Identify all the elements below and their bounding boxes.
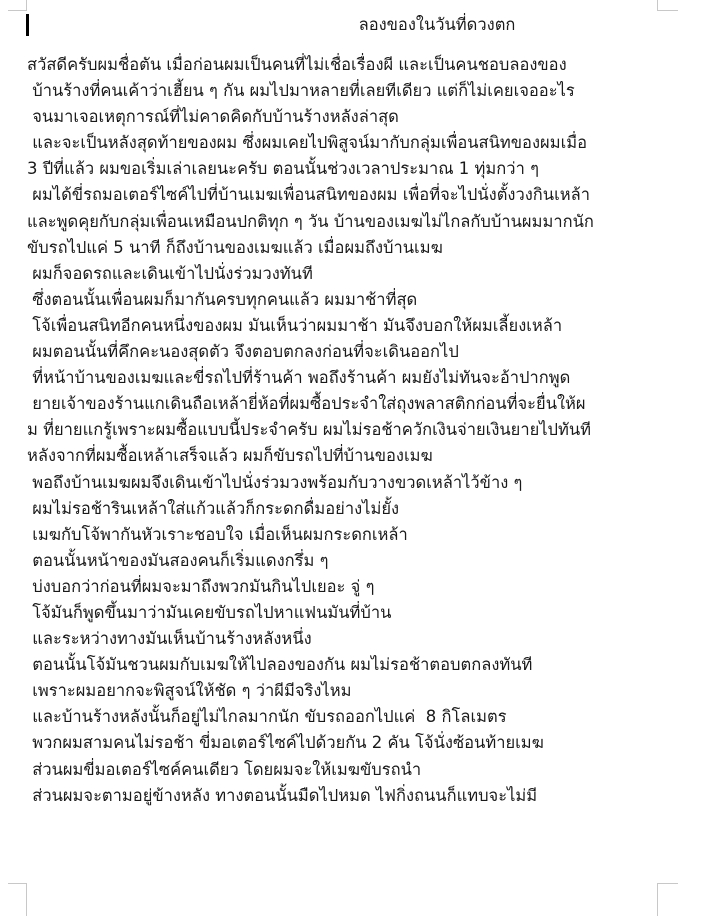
text-line: ส่วนผมจะตามอยู่ข้างหลัง ทางตอนนั้นมืดไปห…	[27, 783, 667, 809]
margin-corner-top-right	[657, 0, 678, 11]
text-line: ส่วนผมขี่มอเตอร์ไซค์คนเดียว โดยผมจะให้เม…	[27, 757, 667, 783]
text-line: และบ้านร้างหลังนั้นก็อยู่ไม่ไกลมากนัก ขั…	[27, 704, 667, 730]
document-body[interactable]: สวัสดีครับผมชื่อตัน เมื่อก่อนผมเป็นคนที่…	[27, 52, 667, 809]
text-line: เพราะผมอยากจะพิสูจน์ให้ชัด ๆ ว่าผีมีจริง…	[27, 678, 667, 704]
text-line: เมฆกับโจ้พากันหัวเราะชอบใจ เมื่อเห็นผมกร…	[27, 522, 667, 548]
text-line: หลังจากที่ผมซื้อเหล้าเสร็จแล้ว ผมก็ขับรถ…	[27, 443, 667, 469]
text-line: ที่หน้าบ้านของเมฆและขี่รถไปที่ร้านค้า พอ…	[27, 365, 667, 391]
text-line: ตอนนั้นโจ้มันชวนผมกับเมฆให้ไปลองของกัน ผ…	[27, 652, 667, 678]
margin-corner-bottom-right	[657, 883, 678, 916]
margin-corner-top-left	[8, 0, 27, 11]
text-line: ผมตอนนั้นที่คึกคะนองสุดตัว จึงตอบตกลงก่อ…	[27, 339, 667, 365]
text-line: ขับรถไปแค่ 5 นาที ก็ถึงบ้านของเมฆแล้ว เม…	[27, 235, 667, 261]
text-line: พวกผมสามคนไม่รอช้า ขี่มอเตอร์ไซค์ไปด้วยก…	[27, 730, 667, 756]
text-line: และพูดคุยกับกลุ่มเพื่อนเหมือนปกติทุก ๆ ว…	[27, 209, 667, 235]
text-line: จนมาเจอเหตุการณ์ที่ไม่คาดคิดกับบ้านร้างห…	[27, 104, 667, 130]
text-line: โจ้มันก็พูดขึ้นมาว่ามันเคยขับรถไปหาแฟนมั…	[27, 600, 667, 626]
text-line: ผมไม่รอช้ารินเหล้าใส่แก้วแล้วก็กระดกดื่ม…	[27, 496, 667, 522]
text-line: และระหว่างทางมันเห็นบ้านร้างหลังหนึ่ง	[27, 626, 667, 652]
text-line: 3 ปีที่แล้ว ผมขอเริ่มเล่าเลยนะครับ ตอนนั…	[27, 156, 667, 182]
text-line: ตอนนั้นหน้าของมันสองคนก็เริ่มแดงกรึ่ม ๆ	[27, 548, 667, 574]
text-line: ซึ่งตอนนั้นเพื่อนผมก็มากันครบทุกคนแล้ว ผ…	[27, 287, 667, 313]
text-line: พอถึงบ้านเมฆผมจึงเดินเข้าไปนั่งร่วมวงพร้…	[27, 470, 667, 496]
text-line: บ่งบอกว่าก่อนที่ผมจะมาถึงพวกมันกินไปเยอะ…	[27, 574, 667, 600]
text-line: สวัสดีครับผมชื่อตัน เมื่อก่อนผมเป็นคนที่…	[27, 52, 667, 78]
text-line: ม ที่ยายแกรู้เพราะผมซื้อแบบนี้ประจำครับ …	[27, 417, 667, 443]
text-line: ผมก็จอดรถและเดินเข้าไปนั่งร่วมวงทันที	[27, 261, 667, 287]
margin-corner-bottom-left	[8, 883, 27, 916]
text-line: บ้านร้างที่คนเค้าว่าเฮี้ยน ๆ กัน ผมไปมาห…	[27, 78, 667, 104]
document-page: ลองของในวันที่ดวงตก สวัสดีครับผมชื่อตัน …	[0, 0, 719, 916]
text-line: โจ้เพื่อนสนิทอีกคนหนึ่งของผม มันเห็นว่าผ…	[27, 313, 667, 339]
text-line: ยายเจ้าของร้านแกเดินถือเหล้ายี่ห้อที่ผมซ…	[27, 391, 667, 417]
text-line: และจะเป็นหลังสุดท้ายของผม ซึ่งผมเคยไปพิส…	[27, 130, 667, 156]
text-line: ผมได้ขี่รถมอเตอร์ไซค์ไปที่บ้านเมฆเพื่อนส…	[27, 182, 667, 208]
document-title[interactable]: ลองของในวันที่ดวงตก	[0, 12, 719, 38]
